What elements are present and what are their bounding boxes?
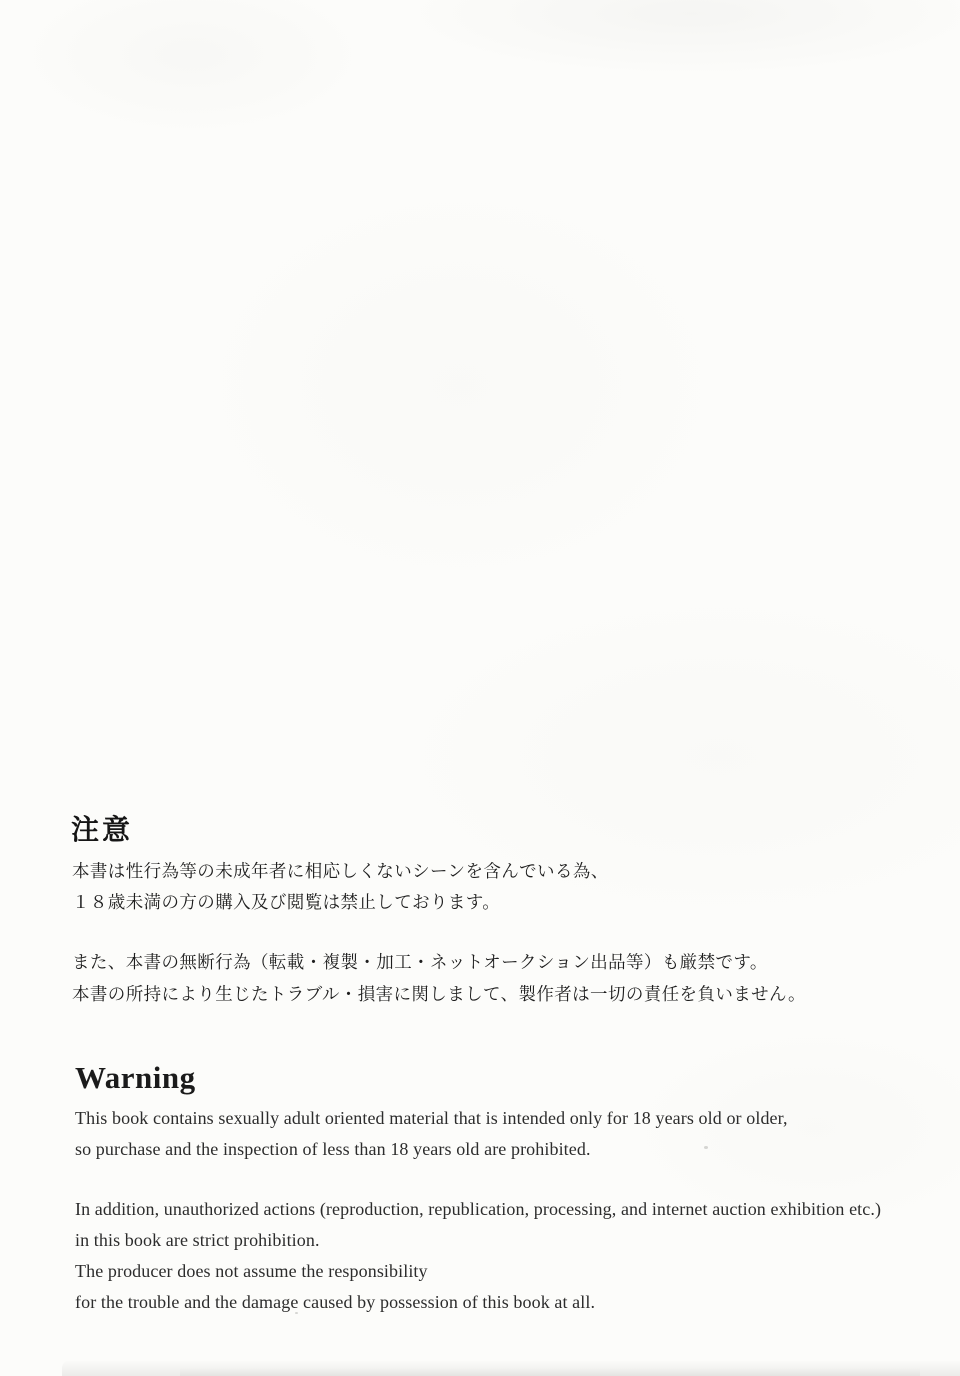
en-warning-line: The producer does not assume the respons… [75, 1256, 881, 1287]
scan-dust-speck [704, 1146, 708, 1149]
en-warning-line: so purchase and the inspection of less t… [75, 1134, 788, 1165]
jp-notice-line: また、本書の無断行為（転載・複製・加工・ネットオークション出品等）も厳禁です。 [72, 946, 806, 978]
jp-notice-line: 本書は性行為等の未成年者に相応しくないシーンを含んでいる為、 [72, 856, 609, 887]
jp-notice-line: １８歳未満の方の購入及び閲覧は禁止しております。 [72, 887, 609, 918]
en-warning-paragraph-1: This book contains sexually adult orient… [75, 1103, 788, 1164]
en-warning-line: for the trouble and the damage caused by… [75, 1287, 881, 1318]
jp-notice-heading: 注意 [71, 812, 133, 850]
jp-notice-paragraph-2: また、本書の無断行為（転載・複製・加工・ネットオークション出品等）も厳禁です。 … [72, 946, 806, 1010]
en-warning-paragraph-2: In addition, unauthorized actions (repro… [75, 1194, 881, 1318]
page-bottom-edge-shadow-inner [180, 1368, 920, 1376]
en-warning-heading: Warning [75, 1058, 196, 1098]
scan-dust-speck [295, 1312, 298, 1314]
jp-notice-paragraph-1: 本書は性行為等の未成年者に相応しくないシーンを含んでいる為、 １８歳未満の方の購… [72, 856, 609, 918]
scanned-warning-page: 注意 本書は性行為等の未成年者に相応しくないシーンを含んでいる為、 １８歳未満の… [0, 0, 960, 1376]
en-warning-line: In addition, unauthorized actions (repro… [75, 1194, 881, 1225]
en-warning-line: This book contains sexually adult orient… [75, 1103, 788, 1134]
jp-notice-line: 本書の所持により生じたトラブル・損害に関しまして、製作者は一切の責任を負いません… [72, 978, 806, 1010]
en-warning-line: in this book are strict prohibition. [75, 1225, 881, 1256]
